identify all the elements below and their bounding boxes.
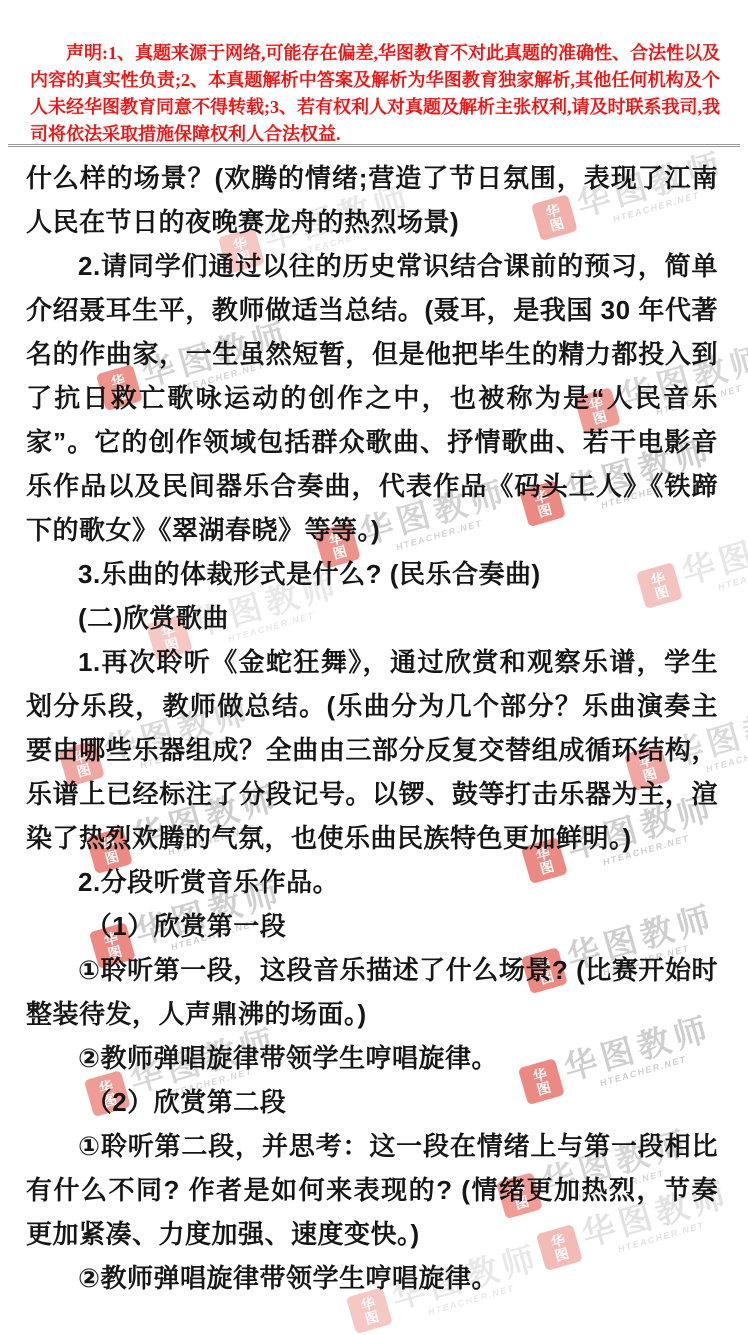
paragraph: 3.乐曲的体裁形式是什么? (民乐合奏曲) bbox=[26, 552, 718, 596]
disclaimer: 声明:1、真题来源于网络,可能存在偏差,华图教育不对此真题的准确性、合法性以及内… bbox=[0, 40, 748, 154]
paragraph: 2.分段听赏音乐作品。 bbox=[26, 860, 718, 904]
paragraph: ①聆听第一段，这段音乐描述了什么场景? (比赛开始时整装待发，人声鼎沸的场面。) bbox=[26, 948, 718, 1036]
document-page: 华图华图教师HTEACHER.NET华图华图教师HTEACHER.NET华图华图… bbox=[0, 0, 748, 1335]
disclaimer-text: 1、真题来源于网络,可能存在偏差,华图教育不对此真题的准确性、合法性以及内容的真… bbox=[30, 43, 720, 144]
paragraph: 1.再次聆听《金蛇狂舞》，通过欣赏和观察乐谱，学生划分乐段，教师做总结。(乐曲分… bbox=[26, 640, 718, 860]
paragraph: ②教师弹唱旋律带领学生哼唱旋律。 bbox=[26, 1036, 718, 1080]
divider-rule bbox=[8, 144, 740, 147]
document-body: 什么样的场景？(欢腾的情绪;营造了节日氛围，表现了江南人民在节日的夜晚赛龙舟的热… bbox=[0, 150, 748, 1300]
paragraph: 什么样的场景？(欢腾的情绪;营造了节日氛围，表现了江南人民在节日的夜晚赛龙舟的热… bbox=[26, 156, 718, 244]
paragraph: ①聆听第二段，并思考：这一段在情绪上与第一段相比有什么不同? 作者是如何来表现的… bbox=[26, 1124, 718, 1256]
paragraph: （2）欣赏第二段 bbox=[26, 1080, 718, 1124]
paragraph: ②教师弹唱旋律带领学生哼唱旋律。 bbox=[26, 1256, 718, 1300]
paragraph: （1）欣赏第一段 bbox=[26, 904, 718, 948]
paragraph: 2.请同学们通过以往的历史常识结合课前的预习，简单介绍聂耳生平，教师做适当总结。… bbox=[26, 244, 718, 552]
disclaimer-label: 声明: bbox=[66, 43, 108, 63]
paragraph: (二)欣赏歌曲 bbox=[26, 596, 718, 640]
